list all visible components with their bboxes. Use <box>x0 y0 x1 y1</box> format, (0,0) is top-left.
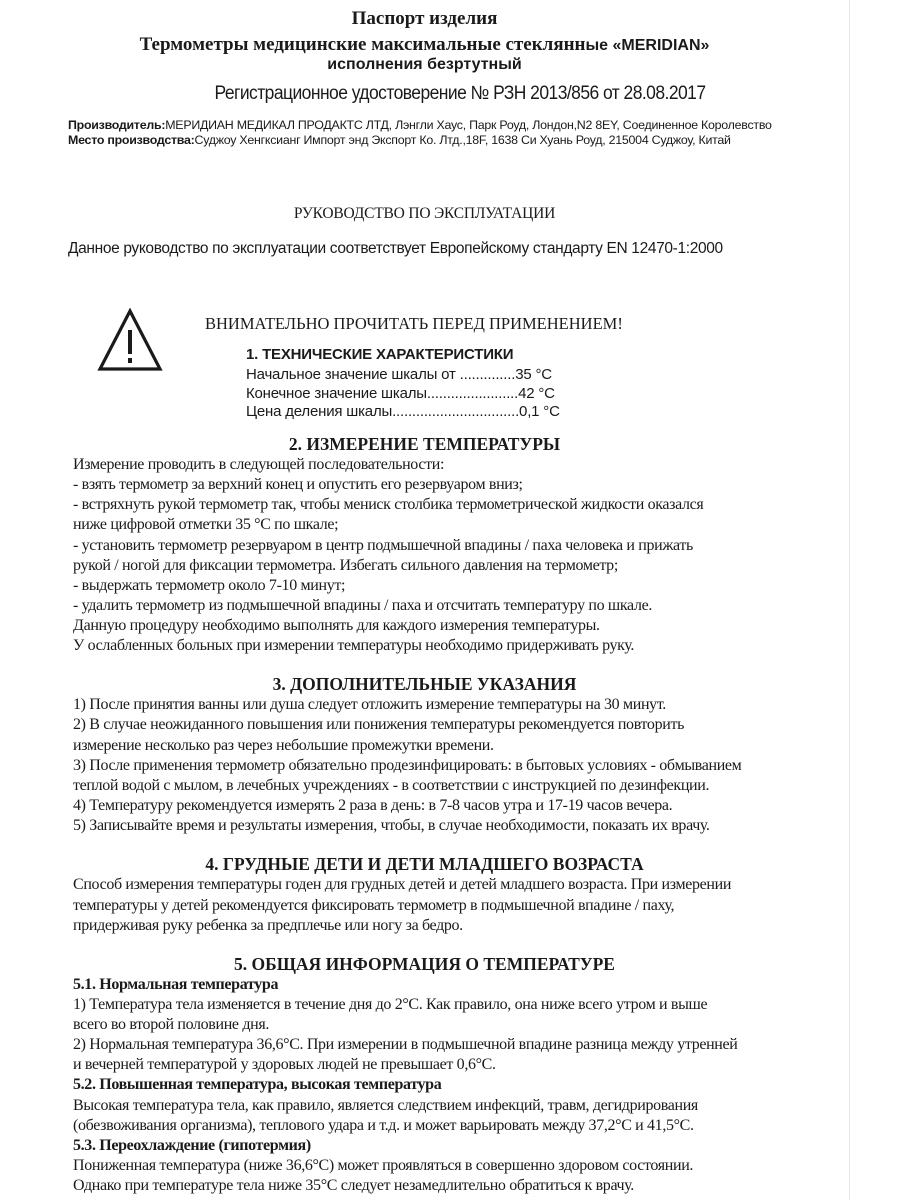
subsection-title: 5.3. Переохлаждение (гипотермия) <box>73 1137 311 1155</box>
text-line: 5) Записывайте время и результаты измере… <box>73 817 710 835</box>
product-name-brand: ые «MERIDIAN» <box>586 37 710 54</box>
manufacturer-value: МЕРИДИАН МЕДИКАЛ ПРОДАКТС ЛТД, Лэнгли Ха… <box>165 118 771 132</box>
text-line: и вечерней температурой у здоровых людей… <box>73 1056 496 1074</box>
product-name: Термометры медицинские максимальные стек… <box>0 34 849 56</box>
manufacturer-line: Производитель:МЕРИДИАН МЕДИКАЛ ПРОДАКТС … <box>68 118 772 132</box>
subsection-title: 5.1. Нормальная температура <box>73 976 278 994</box>
spec-row: Начальное значение шкалы от ............… <box>246 366 552 383</box>
text-line: 4) Температуру рекомендуется измерять 2 … <box>73 797 672 815</box>
text-line: 2) В случае неожиданного повышения или п… <box>73 716 684 734</box>
spec-label: Конечное значение шкалы.................… <box>246 385 518 402</box>
text-line: придерживая руку ребенка за предплечье и… <box>73 917 463 935</box>
spec-label: Цена деления шкалы......................… <box>246 403 519 420</box>
text-line: 3) После применения термометр обязательн… <box>73 757 741 775</box>
text-line: Измерение проводить в следующей последов… <box>73 456 444 474</box>
warning-text: ВНИМАТЕЛЬНО ПРОЧИТАТЬ ПЕРЕД ПРИМЕНЕНИЕМ! <box>205 314 623 334</box>
page-edge-divider <box>849 0 850 1200</box>
spec-value: 42 °С <box>518 385 555 402</box>
manufacturer-label: Производитель: <box>68 118 165 132</box>
text-line: температуры у детей рекомендуется фиксир… <box>73 897 674 915</box>
spec-label: Начальное значение шкалы от ............… <box>246 366 515 383</box>
spec-value: 0,1 °С <box>519 403 560 420</box>
text-line: Пониженная температура (ниже 36,6°С) мож… <box>73 1157 693 1175</box>
text-line: (обезвоживания организма), теплового уда… <box>73 1117 694 1135</box>
section-tech-specs-title: 1. ТЕХНИЧЕСКИЕ ХАРАКТЕРИСТИКИ <box>246 346 513 363</box>
section-additional-title: 3. ДОПОЛНИТЕЛЬНЫЕ УКАЗАНИЯ <box>0 674 849 695</box>
text-line: рукой / ногой для фиксации термометра. И… <box>73 557 618 575</box>
document-title: Паспорт изделия <box>0 8 849 30</box>
text-line: Высокая температура тела, как правило, я… <box>73 1097 698 1115</box>
text-line: - удалить термометр из подмышечной впади… <box>73 597 652 615</box>
production-site-label: Место производства: <box>68 133 195 147</box>
spec-row: Цена деления шкалы......................… <box>246 403 560 420</box>
product-name-part1: Термометры медицинские максимальные стек… <box>140 34 586 55</box>
section-measurement-title: 2. ИЗМЕРЕНИЕ ТЕМПЕРАТУРЫ <box>0 434 849 455</box>
text-line: - установить термометр резервуаром в цен… <box>73 537 693 555</box>
production-site-line: Место производства:Суджоу Хенгксианг Имп… <box>68 133 731 147</box>
text-line: Данную процедуру необходимо выполнять дл… <box>73 617 600 635</box>
text-line: ниже цифровой отметки 35 °С по шкале; <box>73 516 338 534</box>
text-line: - выдержать термометр около 7-10 минут; <box>73 577 345 595</box>
section-children-title: 4. ГРУДНЫЕ ДЕТИ И ДЕТИ МЛАДШЕГО ВОЗРАСТА <box>0 854 849 875</box>
warning-triangle-icon <box>97 308 163 372</box>
production-site-value: Суджоу Хенгксианг Импорт энд Экспорт Ко.… <box>195 133 731 147</box>
text-line: всего во второй половине дня. <box>73 1016 269 1034</box>
text-line: Способ измерения температуры годен для г… <box>73 876 731 894</box>
text-line: 1) После принятия ванны или душа следует… <box>73 696 666 714</box>
spec-value: 35 °С <box>515 366 552 383</box>
standard-compliance: Данное руководство по эксплуатации соотв… <box>68 240 723 258</box>
text-line: 1) Температура тела изменяется в течение… <box>73 996 707 1014</box>
registration-certificate: Регистрационное удостоверение № РЗН 2013… <box>101 83 819 105</box>
text-line: Однако при температуре тела ниже 35°С сл… <box>73 1177 634 1195</box>
text-line: - встряхнуть рукой термометр так, чтобы … <box>73 496 703 514</box>
text-line: - взять термометр за верхний конец и опу… <box>73 476 523 494</box>
text-line: измерение несколько раз через небольшие … <box>73 737 494 755</box>
text-line: теплой водой с мылом, в лечебных учрежде… <box>73 777 709 795</box>
section-general-info-title: 5. ОБЩАЯ ИНФОРМАЦИЯ О ТЕМПЕРАТУРЕ <box>0 954 849 975</box>
document-page: Паспорт изделия Термометры медицинские м… <box>0 0 900 1200</box>
text-line: У ослабленных больных при измерении темп… <box>73 637 634 655</box>
subsection-title: 5.2. Повышенная температура, высокая тем… <box>73 1076 441 1094</box>
text-line: 2) Нормальная температура 36,6°С. При из… <box>73 1036 737 1054</box>
manual-title: РУКОВОДСТВО ПО ЭКСПЛУАТАЦИИ <box>0 205 849 223</box>
product-variant: исполнения безртутный <box>0 56 849 74</box>
spec-row: Конечное значение шкалы.................… <box>246 385 555 402</box>
